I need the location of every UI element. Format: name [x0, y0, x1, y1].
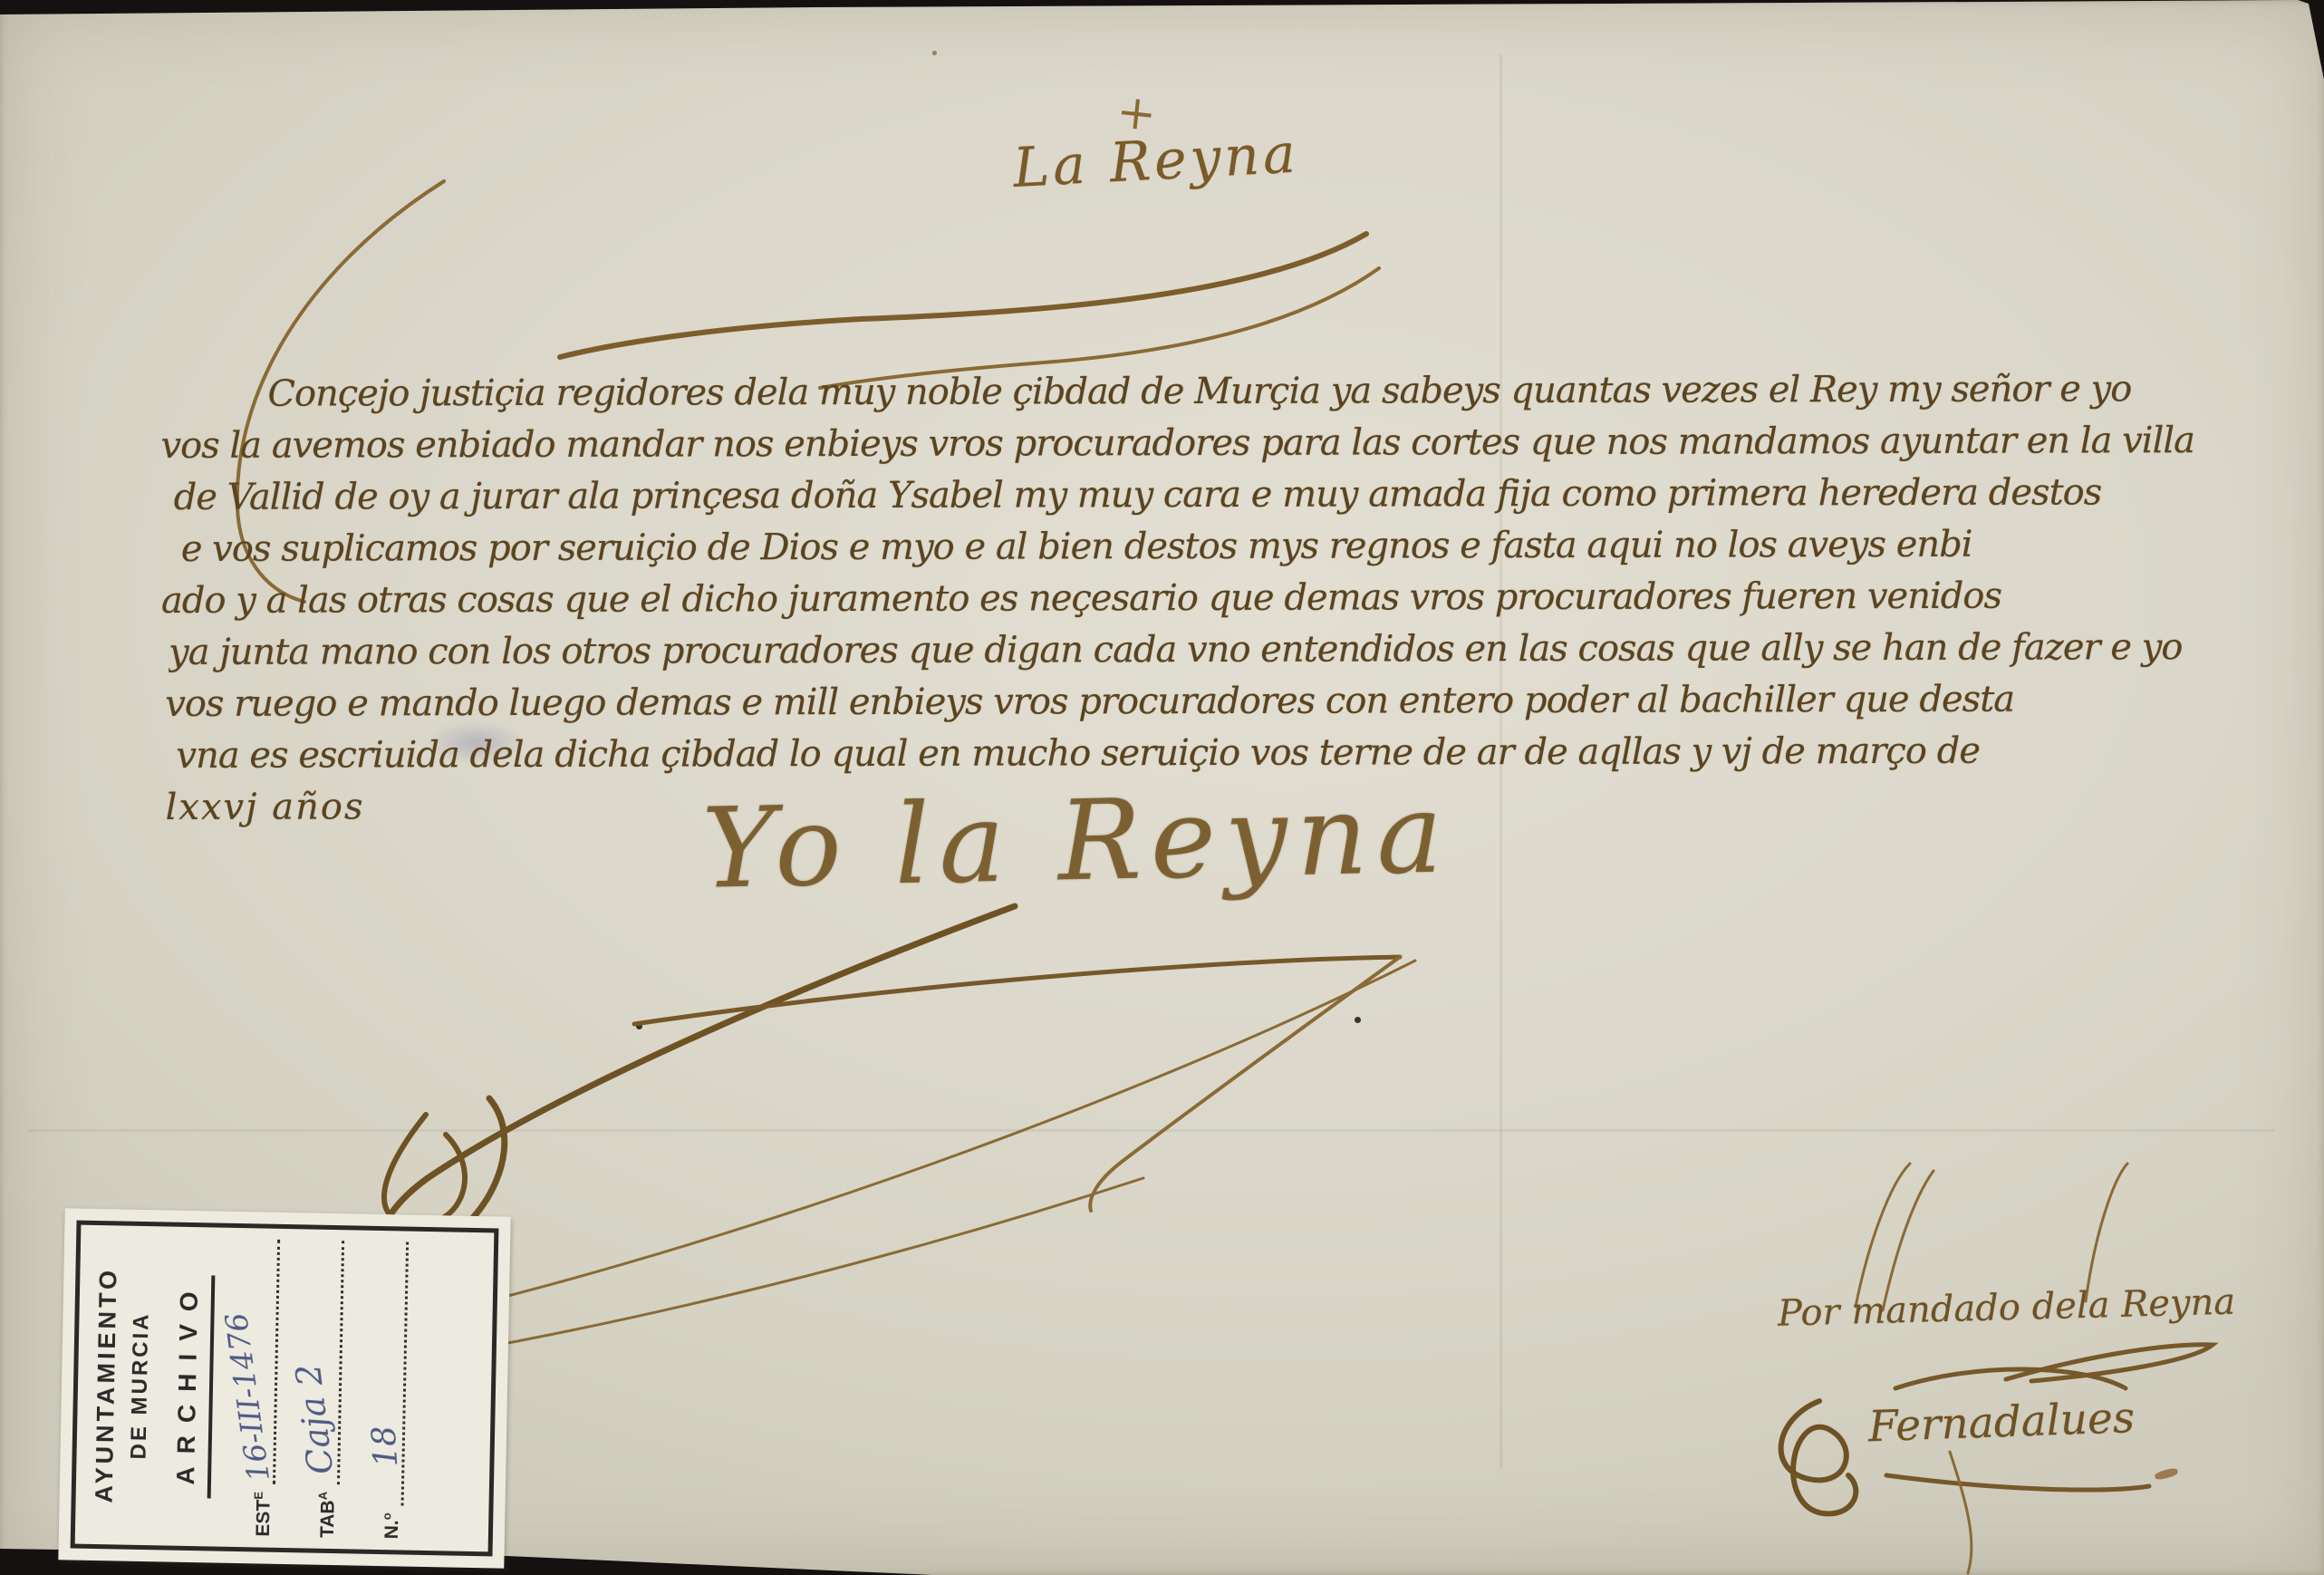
- archive-label-content: AYUNTAMIENTO DE MURCIA ARCHIVO ESTE 16-I…: [58, 1208, 510, 1568]
- horizontal-fold-crease: [27, 1129, 2274, 1132]
- body-line: ado y a las otras cosas que el dicho jur…: [161, 570, 2236, 627]
- label-dotted-line: 16-III-1476: [242, 1239, 280, 1484]
- archive-label-sticker: AYUNTAMIENTO DE MURCIA ARCHIVO ESTE 16-I…: [58, 1208, 510, 1568]
- body-line: vos ruego e mando luego demas e mill enb…: [165, 673, 2236, 730]
- label-field-este: ESTE 16-III-1476: [241, 1239, 280, 1537]
- ink-speck: [932, 51, 937, 55]
- body-line: vos la avemos enbiado mandar nos enbieys…: [160, 415, 2235, 472]
- label-field-name: ESTE: [251, 1492, 275, 1537]
- label-institution-line1: AYUNTAMIENTO: [91, 1267, 123, 1503]
- label-field-name: N.o: [380, 1512, 404, 1539]
- body-line: de Vallid de oy a jurar ala prinçesa doñ…: [174, 467, 2236, 524]
- label-handwritten-value: 18: [365, 1425, 405, 1468]
- body-line: e vos suplicamos por seruiçio de Dios e …: [181, 518, 2236, 575]
- ink-speck: [1355, 1017, 1361, 1023]
- ink-speck: [636, 1023, 642, 1029]
- label-handwritten-value: 16-III-1476: [218, 1311, 276, 1484]
- archive-label-frame: AYUNTAMIENTO DE MURCIA ARCHIVO ESTE 16-I…: [71, 1221, 499, 1557]
- label-dotted-line: 18: [371, 1242, 410, 1506]
- label-handwritten-value: Caja 2: [288, 1362, 341, 1477]
- body-line: Conçejo justiçia regidores dela muy nobl…: [267, 363, 2235, 420]
- body-line: ya junta mano con los otros procuradores…: [169, 622, 2236, 679]
- label-field-taba: TABA Caja 2: [305, 1241, 344, 1539]
- label-section-title: ARCHIVO: [171, 1275, 216, 1498]
- manuscript-photo: + La Reyna Conçejo justiçia regidores de…: [0, 0, 2324, 1575]
- label-dotted-line: Caja 2: [306, 1241, 344, 1485]
- label-field-name: TABA: [315, 1492, 340, 1538]
- label-field-numero: N.o 18: [370, 1242, 409, 1540]
- label-institution-line2: DE MURCIA: [126, 1311, 154, 1460]
